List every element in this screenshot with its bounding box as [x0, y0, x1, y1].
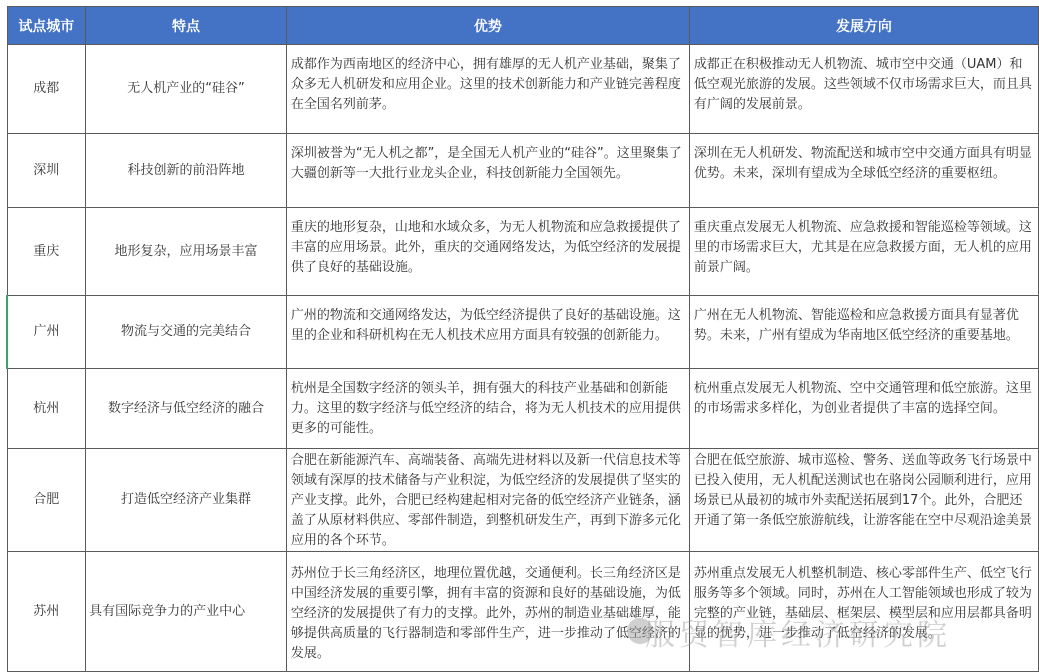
header-city: 试点城市: [7, 7, 86, 45]
feature-cell: 地形复杂，应用场景丰富: [86, 208, 287, 296]
city-cell: 合肥: [7, 449, 86, 552]
table-row: 深圳 科技创新的前沿阵地 深圳被誉为“无人机之都”，是全国无人机产业的“硅谷”。…: [7, 134, 1039, 208]
direction-cell: 苏州重点发展无人机整机制造、核心零部件生产、低空飞行服务等多个领域。同时，苏州在…: [689, 552, 1038, 672]
feature-cell: 无人机产业的“硅谷”: [86, 45, 287, 134]
table-row: 苏州 具有国际竞争力的产业中心 苏州位于长三角经济区，地理位置优越，交通便利。长…: [7, 552, 1039, 672]
header-feature: 特点: [86, 7, 287, 45]
advantage-cell: 杭州是全国数字经济的领头羊，拥有强大的科技产业基础和创新能力。这里的数字经济与低…: [286, 369, 689, 449]
city-cell: 广州: [7, 296, 86, 369]
table-row: 合肥 打造低空经济产业集群 合肥在新能源汽车、高端装备、高端先进材料以及新一代信…: [7, 449, 1039, 552]
header-advantage: 优势: [286, 7, 689, 45]
advantage-cell: 重庆的地形复杂，山地和水域众多，为无人机物流和应急救援提供了丰富的应用场景。此外…: [286, 208, 689, 296]
direction-cell: 成都正在积极推动无人机物流、城市空中交通（UAM）和低空观光旅游的发展。这些领域…: [689, 45, 1038, 134]
direction-cell: 重庆重点发展无人机物流、应急救援和智能巡检等领域。这里的市场需求巨大，尤其是在应…: [689, 208, 1038, 296]
table-row: 重庆 地形复杂，应用场景丰富 重庆的地形复杂，山地和水域众多，为无人机物流和应急…: [7, 208, 1039, 296]
feature-cell: 打造低空经济产业集群: [86, 449, 287, 552]
table-row: 成都 无人机产业的“硅谷” 成都作为西南地区的经济中心，拥有雄厚的无人机产业基础…: [7, 45, 1039, 134]
feature-cell: 科技创新的前沿阵地: [86, 134, 287, 208]
table-header-row: 试点城市 特点 优势 发展方向: [7, 7, 1039, 45]
direction-cell: 杭州重点发展无人机物流、空中交通管理和低空旅游。这里的市场需求多样化，为创业者提…: [689, 369, 1038, 449]
direction-cell: 深圳在无人机研发、物流配送和城市空中交通方面具有明显优势。未来，深圳有望成为全球…: [689, 134, 1038, 208]
table-row: 广州 物流与交通的完美结合 广州的物流和交通网络发达，为低空经济提供了良好的基础…: [7, 296, 1039, 369]
advantage-cell: 成都作为西南地区的经济中心，拥有雄厚的无人机产业基础，聚集了众多无人机研发和应用…: [286, 45, 689, 134]
advantage-cell: 深圳被誉为“无人机之都”，是全国无人机产业的“硅谷”。这里聚集了大疆创新等一大批…: [286, 134, 689, 208]
feature-cell: 物流与交通的完美结合: [86, 296, 287, 369]
direction-cell: 广州在无人机物流、智能巡检和应急救援方面具有显著优势。未来，广州有望成为华南地区…: [689, 296, 1038, 369]
direction-cell: 合肥在低空旅游、城市巡检、警务、送血等政务飞行场景中已投入使用，无人机配送测试也…: [689, 449, 1038, 552]
pilot-cities-table: 试点城市 特点 优势 发展方向 成都 无人机产业的“硅谷” 成都作为西南地区的经…: [6, 6, 1039, 672]
feature-cell: 具有国际竞争力的产业中心: [86, 552, 287, 672]
city-cell: 杭州: [7, 369, 86, 449]
city-cell: 重庆: [7, 208, 86, 296]
city-cell: 成都: [7, 45, 86, 134]
table-row: 杭州 数字经济与低空经济的融合 杭州是全国数字经济的领头羊，拥有强大的科技产业基…: [7, 369, 1039, 449]
city-cell: 苏州: [7, 552, 86, 672]
advantage-cell: 合肥在新能源汽车、高端装备、高端先进材料以及新一代信息技术等领域有深厚的技术储备…: [286, 449, 689, 552]
advantage-cell: 广州的物流和交通网络发达，为低空经济提供了良好的基础设施。这里的企业和科研机构在…: [286, 296, 689, 369]
city-cell: 深圳: [7, 134, 86, 208]
header-direction: 发展方向: [689, 7, 1038, 45]
feature-cell: 数字经济与低空经济的融合: [86, 369, 287, 449]
advantage-cell: 苏州位于长三角经济区，地理位置优越，交通便利。长三角经济区是中国经济发展的重要引…: [286, 552, 689, 672]
